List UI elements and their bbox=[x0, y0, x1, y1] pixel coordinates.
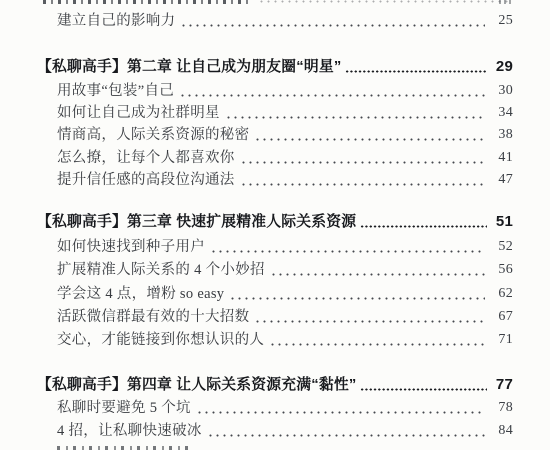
toc-entry: 提升信任感的高段位沟通法 47 bbox=[37, 169, 513, 191]
toc-entry: 怎么撩，让每个人都喜欢你 41 bbox=[37, 147, 513, 169]
dot-leader bbox=[360, 373, 487, 397]
toc-entry: 学会这 4 点，增粉 so easy 62 bbox=[37, 283, 513, 305]
toc-entry-page: 71 bbox=[491, 329, 513, 351]
toc-entry-title: 如何让自己成为社群明星 bbox=[57, 102, 220, 124]
toc-entry-page: 47 bbox=[491, 169, 513, 191]
toc-entry: 扩展精准人际关系的 4 个小妙招 56 bbox=[37, 259, 513, 281]
dot-leader bbox=[179, 80, 485, 102]
clipped-line-top-text bbox=[43, 0, 251, 4]
toc-entry: 如何让自己成为社群明星 34 bbox=[37, 102, 513, 124]
toc-entry-title: 4 招，让私聊快速破冰 bbox=[57, 420, 202, 442]
toc-entry-title: 活跃微信群最有效的十大招数 bbox=[57, 306, 249, 328]
toc-chapter-title: 【私聊高手】第二章 让自己成为朋友圈“明星” bbox=[37, 55, 341, 79]
toc-entry-title: 情商高，人际关系资源的秘密 bbox=[57, 124, 249, 146]
dot-leader bbox=[229, 283, 485, 305]
toc-entry-page: 25 bbox=[491, 10, 513, 32]
toc-page: 建立自己的影响力 25 【私聊高手】第二章 让自己成为朋友圈“明星” 29 用故… bbox=[0, 0, 550, 450]
toc-entry: 情商高，人际关系资源的秘密 38 bbox=[37, 124, 513, 146]
toc-chapter-heading: 【私聊高手】第二章 让自己成为朋友圈“明星” 29 bbox=[37, 55, 513, 79]
clipped-line-top-page bbox=[499, 0, 512, 4]
dot-leader bbox=[225, 102, 485, 124]
dot-leader bbox=[207, 420, 485, 442]
toc-chapter-title: 【私聊高手】第三章 快速扩展精准人际关系资源 bbox=[37, 210, 356, 234]
toc-chapter-page: 77 bbox=[491, 373, 513, 397]
toc-entry-title: 建立自己的影响力 bbox=[57, 10, 175, 32]
toc-chapter-heading: 【私聊高手】第四章 让人际关系资源充满“黏性” 77 bbox=[37, 373, 513, 397]
toc-entry-page: 62 bbox=[491, 283, 513, 305]
dot-leader bbox=[240, 169, 485, 191]
toc-entry-page: 67 bbox=[491, 306, 513, 328]
toc-entry: 如何快速找到种子用户 52 bbox=[37, 236, 513, 258]
toc-entry-title: 学会这 4 点，增粉 so easy bbox=[57, 283, 224, 305]
toc-chapter-page: 29 bbox=[491, 55, 513, 79]
toc-entry-title: 交心，才能链接到你想认识的人 bbox=[57, 329, 264, 351]
toc-entry-page: 52 bbox=[491, 236, 513, 258]
toc-entry-title: 怎么撩，让每个人都喜欢你 bbox=[57, 147, 235, 169]
toc-entry-title: 提升信任感的高段位沟通法 bbox=[57, 169, 235, 191]
toc-entry-page: 30 bbox=[491, 80, 513, 102]
toc-chapter-heading: 【私聊高手】第三章 快速扩展精准人际关系资源 51 bbox=[37, 210, 513, 234]
clipped-line-top-leader bbox=[258, 0, 510, 3]
toc-entry: 活跃微信群最有效的十大招数 67 bbox=[37, 306, 513, 328]
dot-leader bbox=[270, 259, 485, 281]
clipped-line-bottom-text bbox=[57, 446, 191, 450]
toc-entry-title: 如何快速找到种子用户 bbox=[57, 236, 205, 258]
toc-entry: 建立自己的影响力 25 bbox=[37, 10, 513, 32]
toc-entry-page: 56 bbox=[491, 259, 513, 281]
dot-leader bbox=[196, 397, 485, 419]
toc-entry-page: 41 bbox=[491, 147, 513, 169]
toc-entry-page: 78 bbox=[491, 397, 513, 419]
dot-leader bbox=[360, 210, 487, 234]
toc-entry: 私聊时要避免 5 个坑 78 bbox=[37, 397, 513, 419]
toc-entry-title: 扩展精准人际关系的 4 个小妙招 bbox=[57, 259, 265, 281]
toc-entry-title: 私聊时要避免 5 个坑 bbox=[57, 397, 191, 419]
toc-entry-page: 84 bbox=[491, 420, 513, 442]
toc-entry: 用故事“包装”自己 30 bbox=[37, 80, 513, 102]
dot-leader bbox=[345, 55, 487, 79]
dot-leader bbox=[240, 147, 485, 169]
toc-chapter-title: 【私聊高手】第四章 让人际关系资源充满“黏性” bbox=[37, 373, 356, 397]
dot-leader bbox=[269, 329, 485, 351]
toc-chapter-page: 51 bbox=[491, 210, 513, 234]
dot-leader bbox=[210, 236, 485, 258]
toc-entry-title: 用故事“包装”自己 bbox=[57, 80, 174, 102]
toc-entry: 交心，才能链接到你想认识的人 71 bbox=[37, 329, 513, 351]
dot-leader bbox=[254, 124, 485, 146]
toc-entry-page: 38 bbox=[491, 124, 513, 146]
dot-leader bbox=[254, 306, 485, 328]
toc-entry: 4 招，让私聊快速破冰 84 bbox=[37, 420, 513, 442]
toc-entry-page: 34 bbox=[491, 102, 513, 124]
dot-leader bbox=[180, 10, 485, 32]
